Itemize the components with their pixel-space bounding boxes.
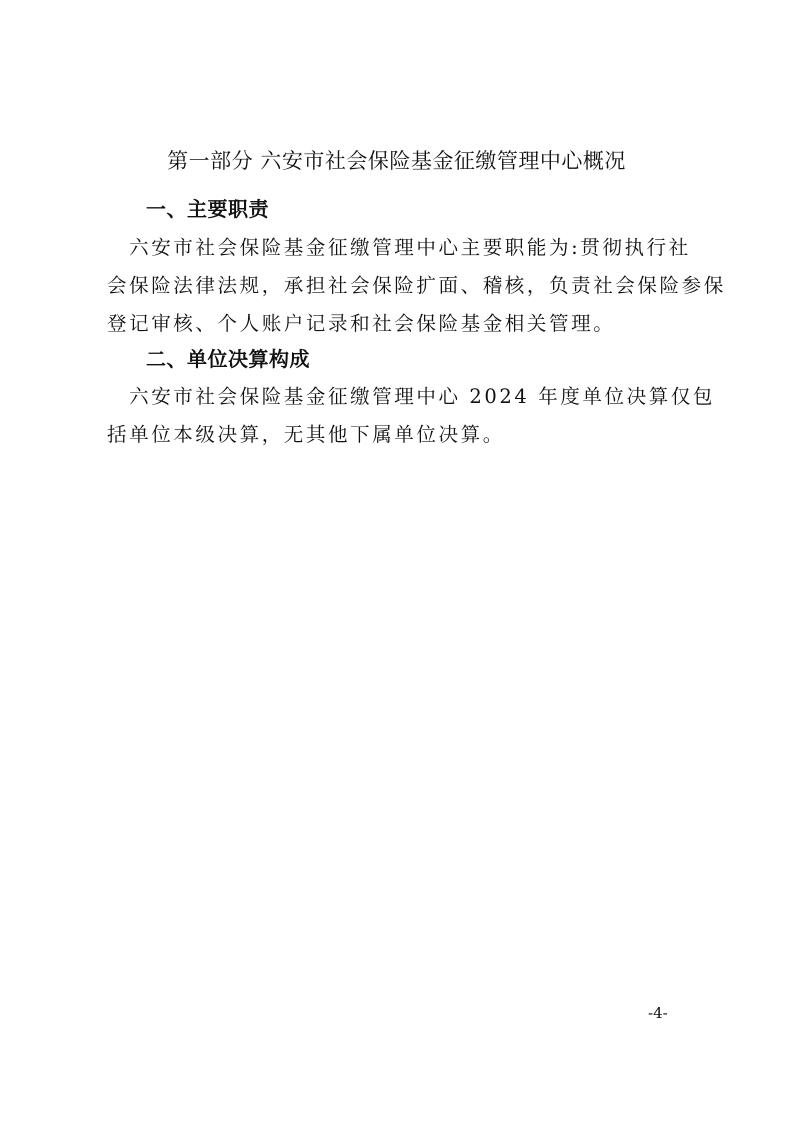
section-paragraph-budget-composition: 六安市社会保险基金征缴管理中心 2024 年度单位决算仅包 括单位本级决算，无其…: [107, 378, 695, 454]
page-title: 第一部分 六安市社会保险基金征缴管理中心概况: [0, 145, 793, 175]
paragraph-line: 登记审核、个人账户记录和社会保险基金相关管理。: [107, 305, 695, 343]
document-page: 第一部分 六安市社会保险基金征缴管理中心概况 一、主要职责 六安市社会保险基金征…: [0, 0, 793, 1122]
paragraph-line: 六安市社会保险基金征缴管理中心主要职能为:贯彻执行社: [107, 229, 695, 267]
section-heading-budget-composition: 二、单位决算构成: [146, 343, 310, 372]
paragraph-line: 会保险法律法规，承担社会保险扩面、稽核，负责社会保险参保: [107, 267, 695, 305]
paragraph-line: 括单位本级决算，无其他下属单位决算。: [107, 416, 695, 454]
page-number: -4-: [648, 1004, 668, 1022]
paragraph-line: 六安市社会保险基金征缴管理中心 2024 年度单位决算仅包: [107, 378, 695, 416]
section-heading-main-duties: 一、主要职责: [146, 193, 269, 222]
section-paragraph-main-duties: 六安市社会保险基金征缴管理中心主要职能为:贯彻执行社 会保险法律法规，承担社会保…: [107, 229, 695, 343]
